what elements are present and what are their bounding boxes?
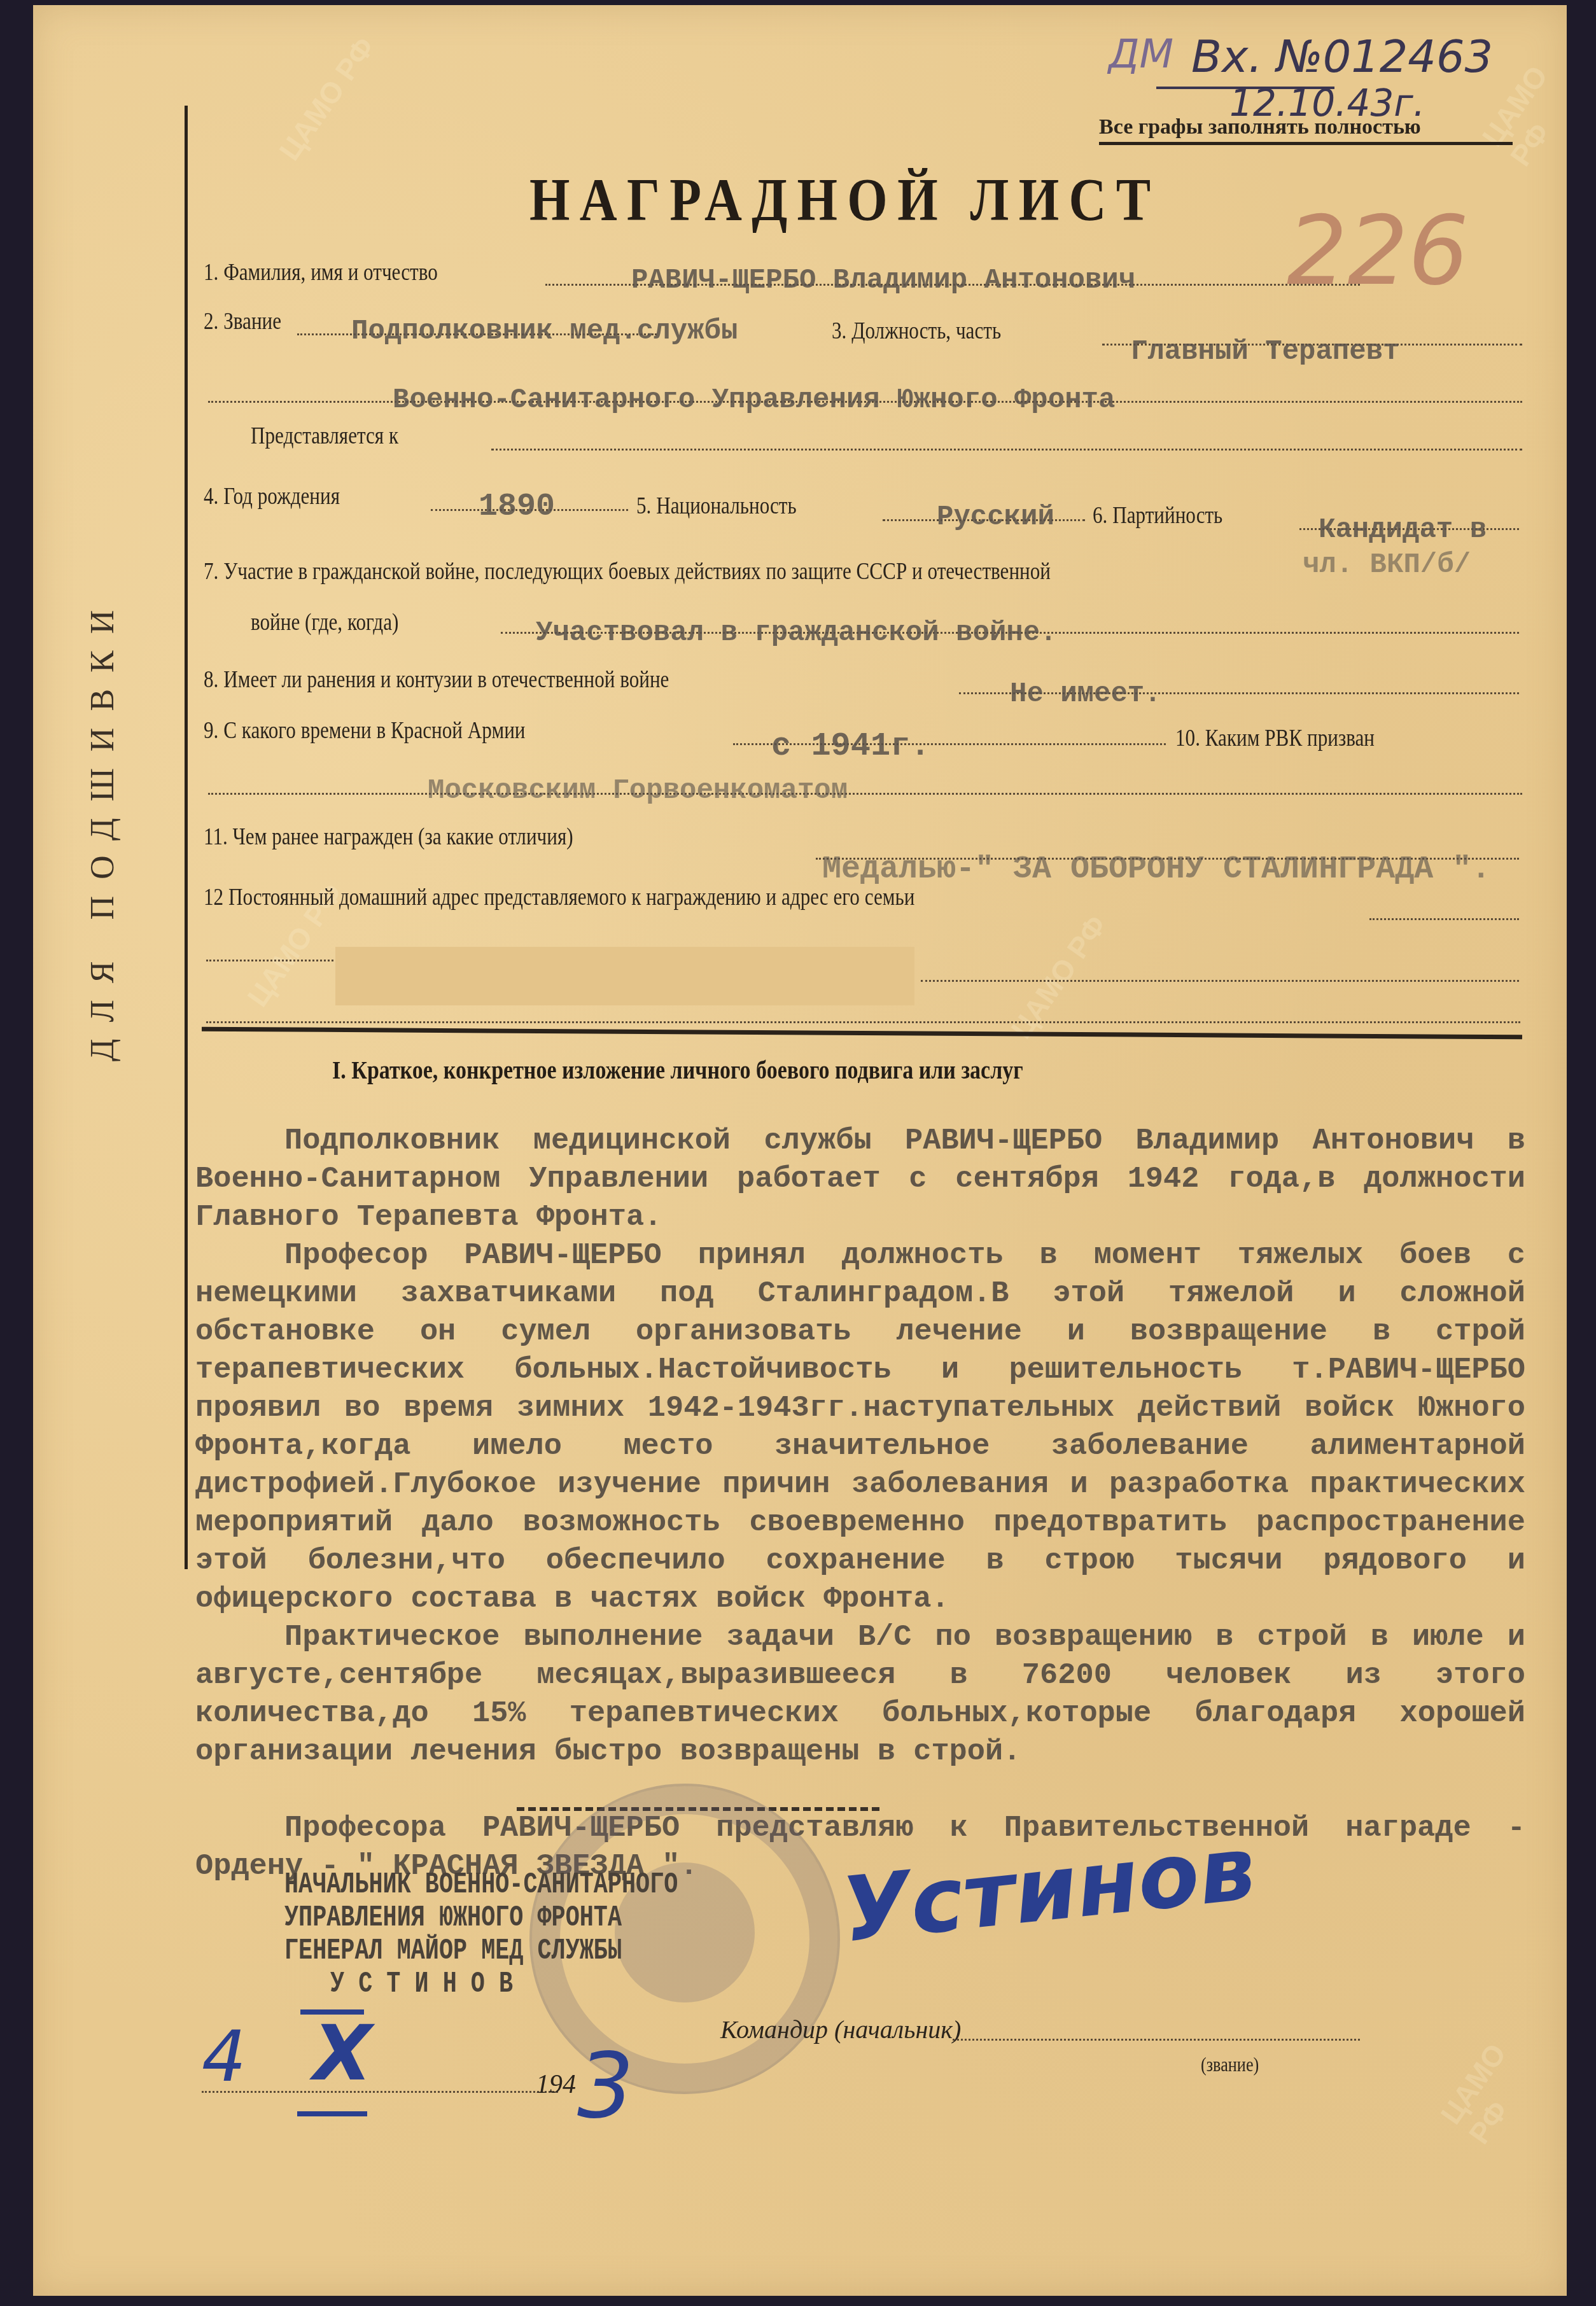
field-3-value: Главный Терапевт [1131, 336, 1399, 368]
field-9-value: с 1941г. [771, 727, 930, 765]
field-4-label: 4. Год рождения [204, 482, 340, 510]
date-year-prefix: 194 [536, 2069, 576, 2100]
page-title: НАГРАДНОЙ ЛИСТ [529, 164, 1160, 235]
redacted-address [335, 947, 914, 1005]
date-month-overline [300, 2009, 364, 2015]
field-9-label: 9. С какого времени в Красной Армии [204, 716, 525, 744]
field-3-label: 3. Должность, часть [832, 317, 1001, 345]
date-day: 4 [202, 2016, 246, 2097]
field-6-label: 6. Партийность [1093, 501, 1222, 529]
narrative-paragraph: Професор РАВИЧ-ЩЕРБО принял должность в … [195, 1237, 1525, 1619]
signatory-block: НАЧАЛЬНИК ВОЕННО-САНИТАРНОГО УПРАВЛЕНИЯ … [284, 1868, 678, 2001]
field-8-value: Не имеет. [1010, 678, 1161, 710]
field-12-line-4 [206, 1021, 1520, 1023]
commander-label: Командир (начальник) [720, 2015, 961, 2044]
section-divider [202, 1027, 1522, 1040]
field-4-value: 1890 [479, 489, 555, 525]
field-12-line-2 [206, 960, 333, 961]
field-12-label: 12 Постоянный домашний адрес представляе… [204, 883, 914, 911]
archive-watermark: ЦАМО РФ [1434, 2001, 1567, 2150]
field-2-value: Подполковник мед.службы [351, 316, 738, 347]
field-7-label-2: войне (где, когда) [251, 608, 398, 636]
commander-line [953, 2039, 1360, 2041]
instruction-underline [1099, 142, 1513, 145]
archive-watermark: ЦАМО РФ [272, 31, 381, 167]
presented-line [491, 449, 1522, 451]
field-10-value: Московским Горвоенкоматом [428, 775, 848, 807]
narrative-paragraph: Практическое выполнение задачи В/С по во… [195, 1619, 1525, 1771]
field-11-value: Медалью-" ЗА ОБОРОНУ СТАЛИНГРАДА ". [822, 851, 1490, 888]
registration-number: Вх. №012463 [1191, 31, 1493, 83]
field-5-value: Русский [937, 501, 1054, 533]
field-12-line-3 [921, 980, 1519, 982]
date-line [202, 2091, 558, 2093]
field-6-value-2: чл. ВКП/б/ [1303, 549, 1471, 581]
field-3-value-2: Военно-Санитарного Управления Южного Фро… [393, 384, 1115, 416]
binding-margin-line [185, 106, 188, 1569]
field-1-value: РАВИЧ-ЩЕРБО Владимир Антонович [631, 265, 1135, 297]
field-6-value: Кандидат в [1319, 514, 1487, 546]
presented-label: Представляется к [251, 422, 398, 450]
initials-handwritten: ДМ [1109, 31, 1173, 77]
award-sheet: ЦАМО РФ ЦАМО РФ ЦАМО РФ ЦАМО РФ ЦАМО РФ … [33, 5, 1567, 2296]
date-month-underline [297, 2111, 367, 2116]
field-2-label: 2. Звание [204, 307, 281, 335]
section-heading: I. Краткое, конкретное изложение личного… [332, 1055, 1023, 1085]
date-month: X [313, 2009, 372, 2098]
archive-watermark: ЦАМО РФ [1004, 909, 1113, 1045]
field-11-label: 11. Чем ранее награжден (за какие отличи… [204, 823, 573, 851]
field-10-label: 10. Каким РВК призван [1175, 724, 1375, 752]
field-7-label: 7. Участие в гражданской войне, последую… [204, 557, 1051, 585]
narrative-text: Подполковник медицинской службы РАВИЧ-ЩЕ… [195, 1122, 1525, 1886]
narrative-paragraph: Подполковник медицинской службы РАВИЧ-ЩЕ… [195, 1122, 1525, 1237]
signatory-line: ГЕНЕРАЛ МАЙОР МЕД СЛУЖБЫ [284, 1934, 678, 1967]
date-year-suffix: 3 [577, 2035, 634, 2139]
instruction-text: Все графы заполнять полностью [1099, 115, 1421, 139]
signatory-name: У С Т И Н О В [284, 1967, 678, 2001]
field-7-value: Участвовал в гражданской войне. [536, 617, 1057, 649]
rank-caption: (звание) [1201, 2053, 1259, 2076]
field-10-line [208, 793, 1522, 795]
field-1-label: 1. Фамилия, имя и отчество [204, 258, 438, 286]
signatory-line: НАЧАЛЬНИК ВОЕННО-САНИТАРНОГО [284, 1868, 678, 1901]
signatory-line: УПРАВЛЕНИЯ ЮЖНОГО ФРОНТА [284, 1901, 678, 1934]
field-8-label: 8. Имеет ли ранения и контузии в отечест… [204, 666, 669, 694]
field-5-label: 5. Национальность [636, 492, 797, 520]
archive-number: 226 [1287, 196, 1469, 307]
field-12-line [1369, 918, 1519, 920]
binding-label: ДЛЯ ПОДШИВКИ [84, 1036, 109, 1061]
